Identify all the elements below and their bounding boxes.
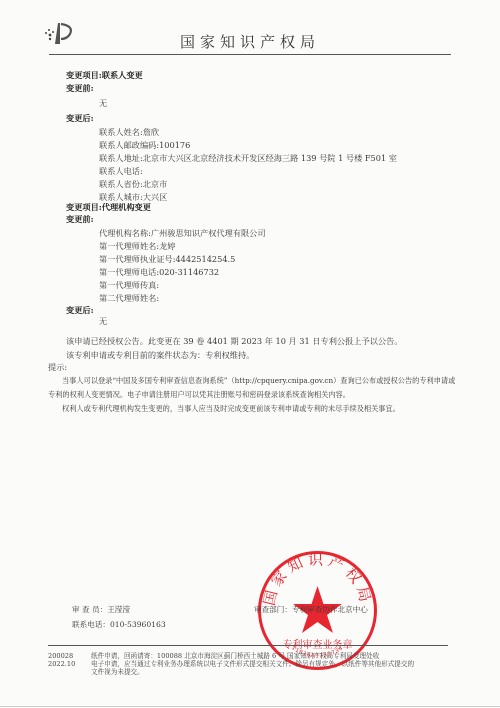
section-item-title: 变更项目:联系人变更 <box>66 69 143 81</box>
page-edge <box>0 706 500 707</box>
agent1-phone: 第一代理师电话:020-31146732 <box>99 266 219 278</box>
footer-line: 文件视为未提交。 <box>91 668 144 676</box>
form-code: 200028 <box>48 652 73 660</box>
phone-line: 联系电话：010-53960163 <box>72 619 166 631</box>
examiner-line: 审 查 员：王滢滢 <box>72 604 130 616</box>
dept-line: 审查部门：专利审查协作北京中心 <box>254 604 368 616</box>
after-label: 变更后: <box>66 112 94 124</box>
examiner-name: 王滢滢 <box>107 605 130 614</box>
examiner-label: 审 查 员： <box>72 605 107 614</box>
section-item-title: 变更项目:代理机构变更 <box>66 201 151 213</box>
footer-divider <box>48 645 448 646</box>
dept-name: 专利审查协作北京中心 <box>292 605 368 614</box>
org-title: 国家知识产权局 <box>180 31 320 52</box>
agent1-name: 第一代理师姓名:龙婷 <box>99 240 175 252</box>
before-value: 无 <box>99 97 107 109</box>
agent1-license: 第一代理师执业证号:4442514254.5 <box>99 253 235 265</box>
form-date: 2022.10 <box>48 660 75 668</box>
contact-postcode: 联系人邮政编码:100176 <box>99 139 190 151</box>
cnipa-logo-icon <box>40 20 80 50</box>
after-label: 变更后: <box>66 304 94 316</box>
notice-title: 提示: <box>48 361 67 373</box>
contact-province: 联系人省份:北京市 <box>99 178 167 190</box>
contact-address: 联系人地址:北京市大兴区北京经济技术开发区经海三路 139 号院 1 号楼 F5… <box>99 152 397 164</box>
after-value: 无 <box>99 315 107 327</box>
agent2-name: 第二代理师姓名: <box>99 292 159 304</box>
before-label: 变更前: <box>66 82 94 94</box>
before-label: 变更前: <box>66 213 94 225</box>
agent1-fax: 第一代理师传真: <box>99 279 159 291</box>
notice-paragraph: 权利人或专利代理机构发生变更的，当事人应当及时完成变更前该专利申请或专利的未尽手… <box>62 403 400 415</box>
contact-name: 联系人姓名:詹欣 <box>99 126 159 138</box>
phone-label: 联系电话： <box>72 620 110 629</box>
notice-paragraph: 专利的权利人变更情况。电子申请注册用户可以凭其注册账号和密码登录该系统查询相关内… <box>48 389 350 401</box>
announcement-line: 该申请已经授权公告。此变更在 39 卷 4401 期 2023 年 10 月 3… <box>66 335 402 347</box>
footer-line: 纸件申请，回函请寄：100088 北京市海淀区蓟门桥西土城路 6 号 国家知识产… <box>91 652 379 660</box>
dept-label: 审查部门： <box>254 605 292 614</box>
announcement-line: 该专利申请或专利目前的案件状态为：专利权维持。 <box>66 349 254 361</box>
agency-name: 代理机构名称:广州骏思知识产权代理有限公司 <box>99 227 266 239</box>
phone-number: 010-53960163 <box>110 620 166 629</box>
contact-phone: 联系人电话: <box>99 165 143 177</box>
footer-line: 电子申请，应当通过专利业务办理系统以电子文件形式提交相关文件。除另有规定外，以纸… <box>91 660 414 668</box>
header-divider <box>49 54 451 55</box>
notice-paragraph: 当事人可以登录“中国及多国专利审查信息查询系统”（http://cpquery.… <box>62 375 455 387</box>
